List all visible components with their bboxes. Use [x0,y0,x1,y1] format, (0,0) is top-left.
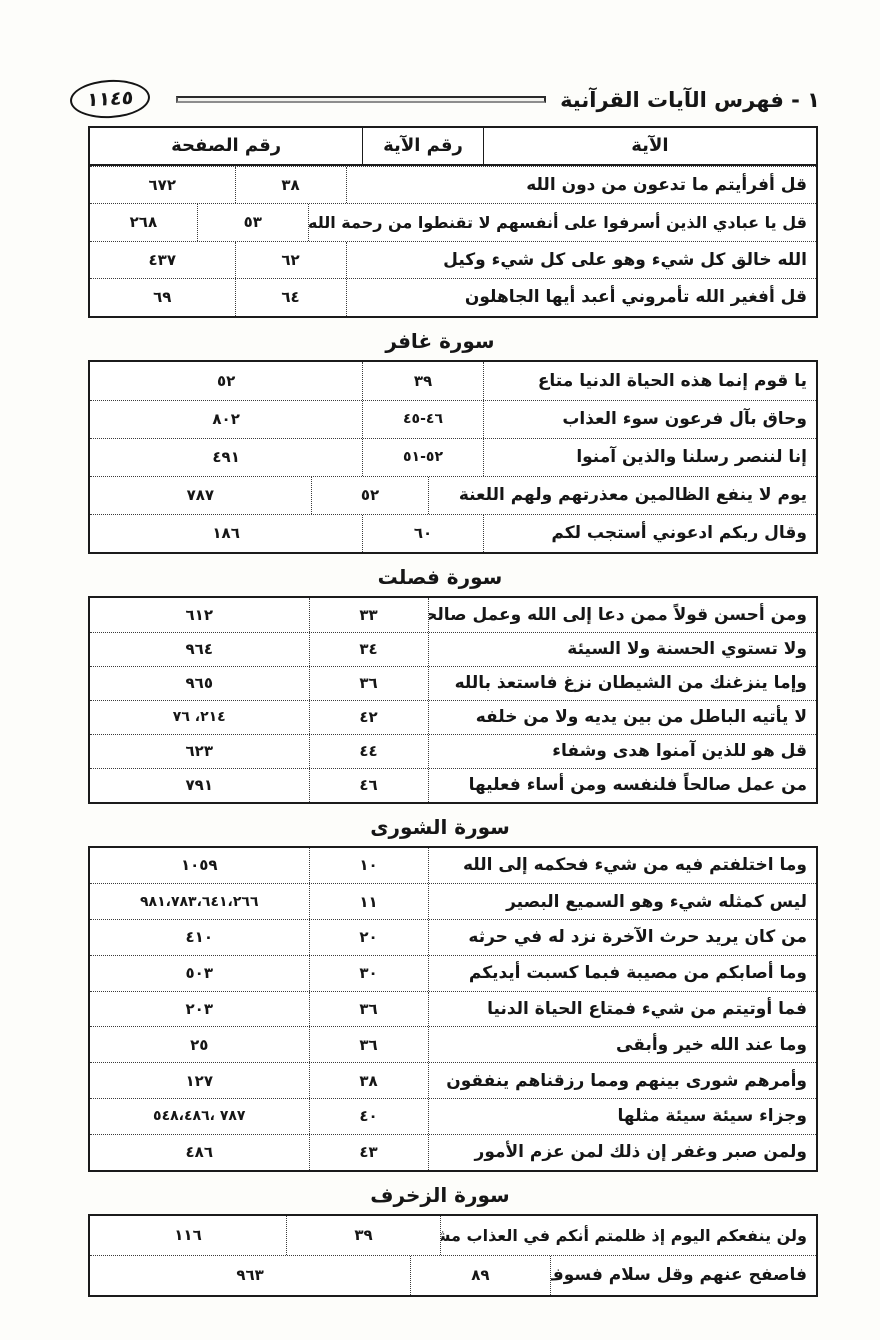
ayah-number: ٤٣ [309,1135,428,1170]
verse-text: ولا تستوي الحسنة ولا السيئة [428,633,816,666]
table-header-row: الآيةرقم الآيةرقم الصفحة [90,128,816,166]
verse-text: فاصفح عنهم وقل سلام فسوف يعلمون [550,1256,816,1295]
section-title: سورة الزخرف [0,1182,880,1208]
verse-text: قل أفغير الله تأمروني أعبد أيها الجاهلون [346,279,816,316]
index-content: الآيةرقم الآيةرقم الصفحةقل أفرأيتم ما تد… [0,126,880,1297]
table-row: فما أوتيتم من شيء فمتاع الحياة الدنيا٣٦٢… [90,991,816,1027]
page-ref: ٢٠٣ [90,992,309,1027]
ayah-number: ٣٩ [362,362,483,400]
verse-index-table: ولن ينفعكم اليوم إذ ظلمتم أنكم في العذاب… [88,1214,818,1297]
page-ref: ٦٢٣ [90,735,309,768]
page-ref: ٩٨١،٧٨٣،٦٤١،٢٦٦ [90,884,309,919]
table-row: وقال ربكم ادعوني أستجب لكم٦٠١٨٦ [90,514,816,552]
decorative-divider [176,96,546,103]
ayah-number: ٣٠ [309,956,428,991]
table-row: قل أفغير الله تأمروني أعبد أيها الجاهلون… [90,278,816,316]
page-ref: ٤٣٧ [90,242,234,279]
column-header-verse: الآية [483,128,816,164]
page-ref: ٤١٠ [90,920,309,955]
verse-text: وحاق بآل فرعون سوء العذاب [483,401,816,438]
verse-text: إنا لننصر رسلنا والذين آمنوا [483,439,816,476]
ayah-number: ٨٩ [410,1256,549,1295]
verse-index-table: ومن أحسن قولاً ممن دعا إلى الله وعمل صال… [88,596,818,804]
ayah-number: ٤٢ [309,701,428,734]
verse-text: وقال ربكم ادعوني أستجب لكم [483,515,816,552]
section-title: سورة الشورى [0,814,880,840]
page-number-badge: ١١٤٥ [69,78,151,120]
table-row: لا يأتيه الباطل من بين يديه ولا من خلفه٤… [90,700,816,734]
page-ref: ٦٩ [90,279,234,316]
ayah-number: ٤٤ [309,735,428,768]
ayah-number: ١١ [309,884,428,919]
ayah-number: ٤٦-٤٥ [362,401,483,438]
verse-text: من عمل صالحاً فلنفسه ومن أساء فعليها [428,769,816,802]
page-ref: ٤٩١ [90,439,362,476]
ayah-number: ٥٣ [197,204,308,241]
table-row: من عمل صالحاً فلنفسه ومن أساء فعليها٤٦٧٩… [90,768,816,802]
table-row: وجزاء سيئة سيئة مثلها٤٠٧٨٧ ،٥٤٨،٤٨٦ [90,1098,816,1134]
verse-index-table: يا قوم إنما هذه الحياة الدنيا متاع٣٩٥٢وح… [88,360,818,554]
verse-text: لا يأتيه الباطل من بين يديه ولا من خلفه [428,701,816,734]
verse-text: من كان يريد حرث الآخرة نزد له في حرثه [428,920,816,955]
table-row: يوم لا ينفع الظالمين معذرتهم ولهم اللعنة… [90,476,816,514]
verse-text: وما أصابكم من مصيبة فبما كسبت أيديكم [428,956,816,991]
page-ref: ٧٨٧ [90,477,311,514]
ayah-number: ٣٦ [309,992,428,1027]
ayah-number: ٣٨ [235,167,346,204]
table-row: ليس كمثله شيء وهو السميع البصير١١٩٨١،٧٨٣… [90,883,816,919]
verse-text: الله خالق كل شيء وهو على كل شيء وكيل [346,242,816,279]
section-title: سورة فصلت [0,564,880,590]
page-ref: ٦٧٢ [90,167,234,204]
verse-text: يوم لا ينفع الظالمين معذرتهم ولهم اللعنة [428,477,816,514]
verse-text: فما أوتيتم من شيء فمتاع الحياة الدنيا [428,992,816,1027]
table-row: وحاق بآل فرعون سوء العذاب٤٦-٤٥٨٠٢ [90,400,816,438]
ayah-number: ٣٨ [309,1063,428,1098]
table-row: إنا لننصر رسلنا والذين آمنوا٥٢-٥١٤٩١ [90,438,816,476]
page-ref: ٢١٤، ٧٦ [90,701,309,734]
ayah-number: ٢٠ [309,920,428,955]
page-header: ١ - فهرس الآيات القرآنية ١١٤٥ [70,78,820,120]
verse-index-table: الآيةرقم الآيةرقم الصفحةقل أفرأيتم ما تد… [88,126,818,318]
column-header-page-number: رقم الصفحة [90,128,362,164]
page-ref: ١٨٦ [90,515,362,552]
page-ref: ٧٨٧ ،٥٤٨،٤٨٦ [90,1099,309,1134]
verse-text: وجزاء سيئة سيئة مثلها [428,1099,816,1134]
ayah-number: ٤٠ [309,1099,428,1134]
ayah-number: ٦٤ [235,279,346,316]
page-ref: ٥٠٣ [90,956,309,991]
page-ref: ٩٦٥ [90,667,309,700]
table-row: يا قوم إنما هذه الحياة الدنيا متاع٣٩٥٢ [90,362,816,400]
table-row: وأمرهم شورى بينهم ومما رزقناهم ينفقون٣٨١… [90,1062,816,1098]
table-row: فاصفح عنهم وقل سلام فسوف يعلمون٨٩٩٦٣ [90,1255,816,1295]
verse-text: قل أفرأيتم ما تدعون من دون الله [346,167,816,204]
page-ref: ٩٦٣ [90,1256,410,1295]
table-row: ولمن صبر وغفر إن ذلك لمن عزم الأمور٤٣٤٨٦ [90,1134,816,1170]
table-row: قل أفرأيتم ما تدعون من دون الله٣٨٦٧٢ [90,166,816,204]
ayah-number: ٣٦ [309,667,428,700]
page-ref: ٢٦٨ [90,204,197,241]
table-row: ومن أحسن قولاً ممن دعا إلى الله وعمل صال… [90,598,816,632]
page-number: ١١٤٥ [86,87,134,112]
page-ref: ٤٨٦ [90,1135,309,1170]
page-ref: ١٢٧ [90,1063,309,1098]
table-row: وإما ينزغنك من الشيطان نزغ فاستعذ بالله٣… [90,666,816,700]
ayah-number: ٥٢ [311,477,429,514]
table-row: قل هو للذين آمنوا هدى وشفاء٤٤٦٢٣ [90,734,816,768]
verse-index-table: وما اختلفتم فيه من شيء فحكمه إلى الله١٠١… [88,846,818,1172]
ayah-number: ٤٦ [309,769,428,802]
page-ref: ١١٦ [90,1216,286,1256]
verse-text: وما اختلفتم فيه من شيء فحكمه إلى الله [428,848,816,884]
ayah-number: ٣٤ [309,633,428,666]
table-row: من كان يريد حرث الآخرة نزد له في حرثه٢٠٤… [90,919,816,955]
verse-text: قل هو للذين آمنوا هدى وشفاء [428,735,816,768]
page-ref: ٨٠٢ [90,401,362,438]
verse-text: يا قوم إنما هذه الحياة الدنيا متاع [483,362,816,400]
page-ref: ٢٥ [90,1027,309,1062]
section-title: سورة غافر [0,328,880,354]
page-ref: ٥٢ [90,362,362,400]
page-title: ١ - فهرس الآيات القرآنية [560,86,820,112]
page-ref: ٩٦٤ [90,633,309,666]
table-row: الله خالق كل شيء وهو على كل شيء وكيل٦٢٤٣… [90,241,816,279]
table-row: وما اختلفتم فيه من شيء فحكمه إلى الله١٠١… [90,848,816,884]
ayah-number: ٦٢ [235,242,346,279]
verse-text: ومن أحسن قولاً ممن دعا إلى الله وعمل صال… [428,598,816,632]
ayah-number: ٣٦ [309,1027,428,1062]
ayah-number: ٣٣ [309,598,428,632]
verse-text: وأمرهم شورى بينهم ومما رزقناهم ينفقون [428,1063,816,1098]
table-row: وما أصابكم من مصيبة فبما كسبت أيديكم٣٠٥٠… [90,955,816,991]
verse-text: ولن ينفعكم اليوم إذ ظلمتم أنكم في العذاب… [440,1216,816,1256]
verse-text: قل يا عبادي الذين أسرفوا على أنفسهم لا ت… [308,204,816,241]
ayah-number: ٣٩ [286,1216,440,1256]
table-row: ولا تستوي الحسنة ولا السيئة٣٤٩٦٤ [90,632,816,666]
table-row: قل يا عبادي الذين أسرفوا على أنفسهم لا ت… [90,203,816,241]
ayah-number: ١٠ [309,848,428,884]
verse-text: ولمن صبر وغفر إن ذلك لمن عزم الأمور [428,1135,816,1170]
ayah-number: ٥٢-٥١ [362,439,483,476]
verse-text: ليس كمثله شيء وهو السميع البصير [428,884,816,919]
table-row: ولن ينفعكم اليوم إذ ظلمتم أنكم في العذاب… [90,1216,816,1256]
page-ref: ١٠٥٩ [90,848,309,884]
table-row: وما عند الله خير وأبقى٣٦٢٥ [90,1026,816,1062]
page-ref: ٦١٢ [90,598,309,632]
page-ref: ٧٩١ [90,769,309,802]
column-header-ayah-number: رقم الآية [362,128,483,164]
verse-text: وإما ينزغنك من الشيطان نزغ فاستعذ بالله [428,667,816,700]
ayah-number: ٦٠ [362,515,483,552]
verse-text: وما عند الله خير وأبقى [428,1027,816,1062]
